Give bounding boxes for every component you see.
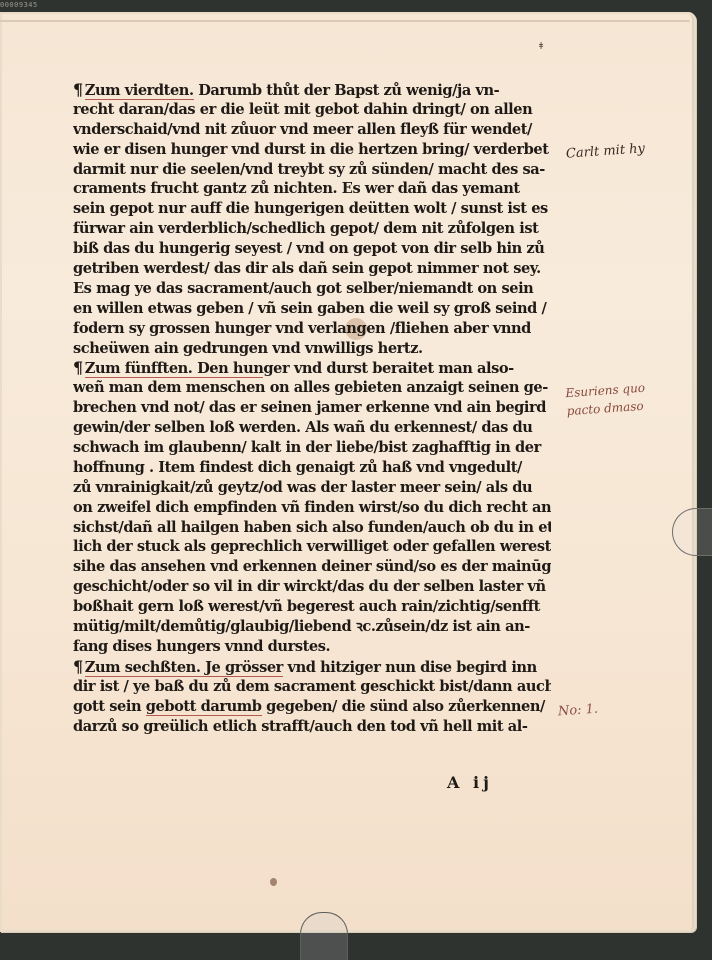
text-line: darzů so greülich etlich strafft/auch de… bbox=[73, 717, 551, 737]
text-segment: on zweifel dich empfinden vñ finden wirs… bbox=[73, 499, 551, 516]
text-line: vnderschaid/vnd nit zůuor vnd meer allen… bbox=[73, 120, 551, 140]
text-segment: getriben werdest/ das dir als dañ sein g… bbox=[73, 260, 541, 277]
text-line: zů vnrainigkait/zů geytz/od was der last… bbox=[73, 478, 551, 498]
text-segment: dir ist / ye baß du zů dem sacrament ges… bbox=[73, 678, 551, 695]
text-line: biß das du hungerig seyest / vnd on gepo… bbox=[73, 239, 551, 259]
text-line: Es mag ye das sacrament/auch got selber/… bbox=[73, 279, 551, 299]
text-segment: en willen etwas geben / vñ sein gaben di… bbox=[73, 300, 546, 317]
text-segment: fang dises hungers vnnd durstes. bbox=[73, 638, 330, 655]
text-line: wie er disen hunger vnd durst in die her… bbox=[73, 140, 551, 160]
text-line: sihe das ansehen vnd erkennen deiner sün… bbox=[73, 557, 551, 577]
text-segment: schwach im glaubenn/ kalt in der liebe/b… bbox=[73, 439, 541, 456]
text-segment: wie er disen hunger vnd durst in die her… bbox=[73, 141, 549, 158]
text-line: getriben werdest/ das dir als dañ sein g… bbox=[73, 259, 551, 279]
text-line: schwach im glaubenn/ kalt in der liebe/b… bbox=[73, 438, 551, 458]
text-segment: biß das du hungerig seyest / vnd on gepo… bbox=[73, 240, 544, 257]
text-segment: darmit nur die seelen/vnd treybt sy zů s… bbox=[73, 161, 545, 178]
text-line: darmit nur die seelen/vnd treybt sy zů s… bbox=[73, 160, 551, 180]
text-line: sein gepot nur auff die hungerigen deütt… bbox=[73, 199, 551, 219]
underlined-heading: Zum sechßten. Je grösser bbox=[85, 659, 283, 677]
text-segment: gott sein bbox=[73, 698, 146, 715]
text-segment: recht daran/das er die leüt mit gebot da… bbox=[73, 101, 532, 118]
page-holder-clip-right bbox=[672, 508, 712, 556]
paragraph-mark-icon: ¶ bbox=[73, 657, 83, 676]
text-line: dir ist / ye baß du zů dem sacrament ges… bbox=[73, 677, 551, 697]
text-line: geschicht/oder so vil in dir wirckt/das … bbox=[73, 577, 551, 597]
text-segment: craments frucht gantz zů nichten. Es wer… bbox=[73, 180, 520, 197]
page-holder-clip-bottom bbox=[300, 912, 348, 960]
text-segment: Darumb thůt der Bapst zů wenig/ja vn- bbox=[194, 82, 500, 99]
text-segment: fodern sy grossen hunger vnd verlangen /… bbox=[73, 320, 531, 337]
text-segment: darzů so greülich etlich strafft/auch de… bbox=[73, 718, 527, 735]
text-line: ¶Zum sechßten. Je grösser vnd hitziger n… bbox=[73, 657, 551, 677]
text-segment: zů vnrainigkait/zů geytz/od was der last… bbox=[73, 479, 532, 496]
text-line: on zweifel dich empfinden vñ finden wirs… bbox=[73, 498, 551, 518]
text-segment: lich der stuck als geprechlich verwillig… bbox=[73, 538, 551, 555]
printed-text-block: ¶Zum vierdten. Darumb thůt der Bapst zů … bbox=[73, 80, 551, 736]
marginal-note-bottom: No: 1. bbox=[557, 701, 598, 722]
text-segment: sihe das ansehen vnd erkennen deiner sün… bbox=[73, 558, 551, 575]
text-line: hoffnung . Item findest dich genaigt zů … bbox=[73, 458, 551, 478]
text-segment: fürwar ain verderblich/schedlich gepot/ … bbox=[73, 220, 538, 237]
text-line: weñ man dem menschen on alles gebieten a… bbox=[73, 378, 551, 398]
text-segment: sichst/dañ all hailgen haben sich also f… bbox=[73, 519, 551, 536]
text-line: sichst/dañ all hailgen haben sich also f… bbox=[73, 518, 551, 538]
text-segment: brechen vnd not/ das er seinen jamer erk… bbox=[73, 399, 546, 416]
text-line: brechen vnd not/ das er seinen jamer erk… bbox=[73, 398, 551, 418]
page-top-edge bbox=[0, 20, 690, 22]
text-segment: weñ man dem menschen on alles gebieten a… bbox=[73, 379, 548, 396]
text-segment: hoffnung . Item findest dich genaigt zů … bbox=[73, 459, 522, 476]
paragraph-mark-icon: ¶ bbox=[73, 358, 83, 377]
ink-mark: ǂ bbox=[539, 42, 549, 50]
underlined-heading: Zum vierdten. bbox=[85, 82, 194, 100]
ink-blot bbox=[270, 878, 277, 886]
text-segment: vnd hitziger nun dise begird inn bbox=[283, 659, 537, 676]
text-line: fodern sy grossen hunger vnd verlangen /… bbox=[73, 319, 551, 339]
text-segment: vnderschaid/vnd nit zůuor vnd meer allen… bbox=[73, 121, 532, 138]
text-line: scheüwen ain gedrungen vnd vnwilligs her… bbox=[73, 339, 551, 359]
text-segment: ger vnd durst beraitet man also- bbox=[263, 360, 513, 377]
text-line: mütig/milt/demůtig/glaubig/liebend ꝛc.zů… bbox=[73, 617, 551, 637]
text-line: en willen etwas geben / vñ sein gaben di… bbox=[73, 299, 551, 319]
text-segment: gegeben/ die sünd also zůerkennen/ bbox=[262, 698, 545, 715]
text-segment: boßhait gern loß werest/vñ begerest auch… bbox=[73, 598, 540, 615]
text-line: recht daran/das er die leüt mit gebot da… bbox=[73, 100, 551, 120]
underlined-heading: gebott darumb bbox=[146, 698, 262, 716]
signature-mark: A ij bbox=[447, 773, 493, 792]
text-line: ¶Zum fünfften. Den hunger vnd durst bera… bbox=[73, 358, 551, 378]
archive-id-label: 00009345 bbox=[0, 0, 52, 10]
text-segment: geschicht/oder so vil in dir wirckt/das … bbox=[73, 578, 546, 595]
text-line: gott sein gebott darumb gegeben/ die sün… bbox=[73, 697, 551, 717]
text-segment: scheüwen ain gedrungen vnd vnwilligs her… bbox=[73, 340, 423, 357]
paragraph-mark-icon: ¶ bbox=[73, 80, 83, 99]
text-segment: mütig/milt/demůtig/glaubig/liebend ꝛc.zů… bbox=[73, 618, 530, 635]
text-segment: gewin/der selben loß werden. Als wañ du … bbox=[73, 419, 532, 436]
text-line: fang dises hungers vnnd durstes. bbox=[73, 637, 551, 657]
text-line: gewin/der selben loß werden. Als wañ du … bbox=[73, 418, 551, 438]
text-line: boßhait gern loß werest/vñ begerest auch… bbox=[73, 597, 551, 617]
text-line: lich der stuck als geprechlich verwillig… bbox=[73, 537, 551, 557]
text-segment: Es mag ye das sacrament/auch got selber/… bbox=[73, 280, 533, 297]
text-line: craments frucht gantz zů nichten. Es wer… bbox=[73, 179, 551, 199]
text-line: fürwar ain verderblich/schedlich gepot/ … bbox=[73, 219, 551, 239]
text-line: ¶Zum vierdten. Darumb thůt der Bapst zů … bbox=[73, 80, 551, 100]
text-segment: sein gepot nur auff die hungerigen deütt… bbox=[73, 200, 548, 217]
underlined-heading: Zum fünfften. Den hun bbox=[85, 360, 264, 378]
